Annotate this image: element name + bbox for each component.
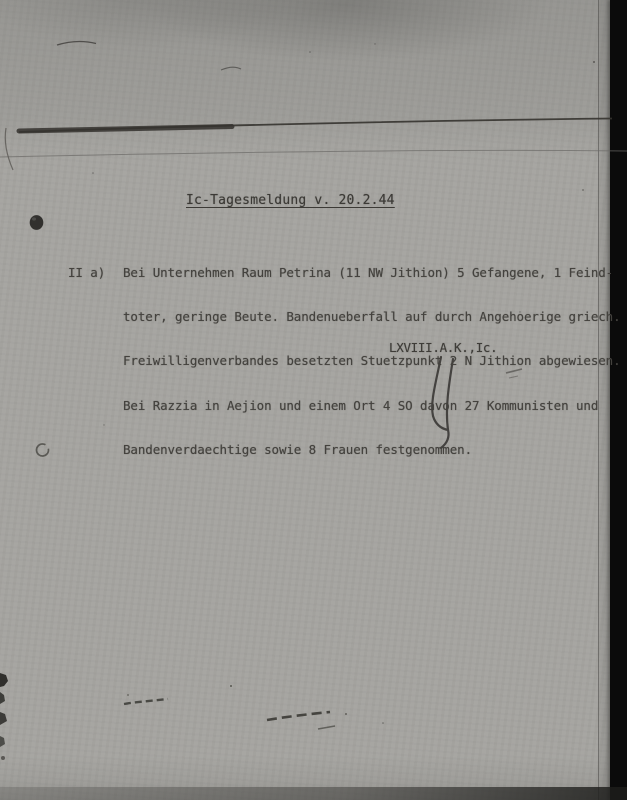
signature-text: LXVIII.A.K.,Ic. [389, 340, 497, 355]
crease-line [0, 128, 627, 170]
section-label: II a) [68, 266, 123, 281]
punch-hole-ring [34, 442, 51, 459]
punch-hole-filled [30, 215, 44, 230]
document-body: II a) Bei Unternehmen Raum Petrina (11 N… [68, 236, 620, 488]
scanned-document-page: Ic-Tagesmeldung v. 20.2.44 II a) Bei Unt… [0, 0, 627, 800]
body-line-text: Bei Unternehmen Raum Petrina (11 NW Jith… [123, 266, 613, 281]
smudge-marks [124, 685, 384, 729]
body-line: Freiwilligenverbandes besetzten Stuetzpu… [68, 354, 620, 369]
fold-line [19, 119, 612, 133]
document-title: Ic-Tagesmeldung v. 20.2.44 [186, 193, 395, 208]
body-line: Bei Razzia in Aejion und einem Ort 4 SO … [68, 399, 620, 414]
body-line: toter, geringe Beute. Bandenueberfall au… [68, 310, 620, 325]
body-line: Bandenverdaechtige sowie 8 Frauen festge… [68, 443, 620, 458]
body-line: II a) Bei Unternehmen Raum Petrina (11 N… [68, 266, 620, 281]
edge-blotches [0, 673, 8, 760]
